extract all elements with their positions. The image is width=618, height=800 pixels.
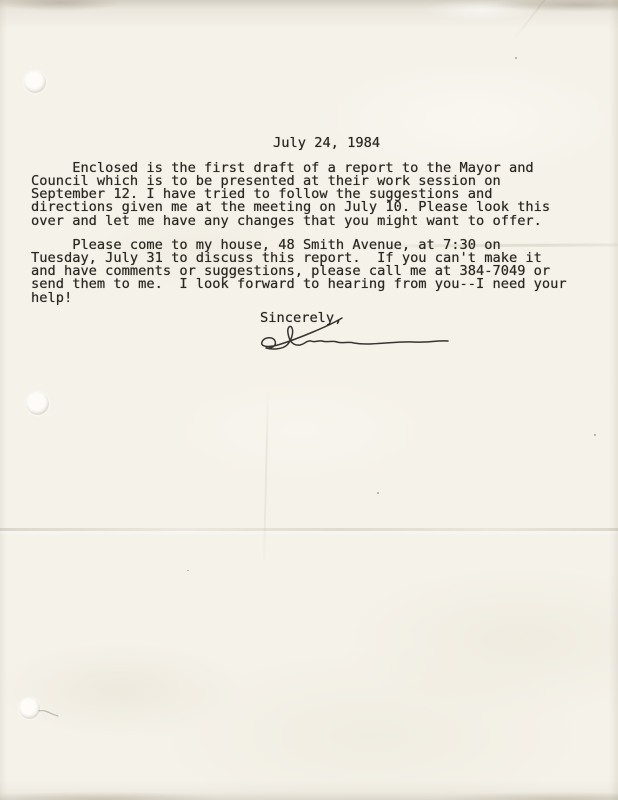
letter-paragraph-2: Please come to my house, 48 Smith Avenue… bbox=[31, 239, 567, 305]
letter-paragraph-1: Enclosed is the first draft of a report … bbox=[31, 162, 550, 228]
handwritten-signature bbox=[245, 316, 460, 362]
letter-body: July 24, 1984 Enclosed is the first draf… bbox=[0, 0, 618, 800]
letter-date: July 24, 1984 bbox=[273, 137, 380, 150]
scanned-letter-page: July 24, 1984 Enclosed is the first draf… bbox=[0, 0, 618, 800]
